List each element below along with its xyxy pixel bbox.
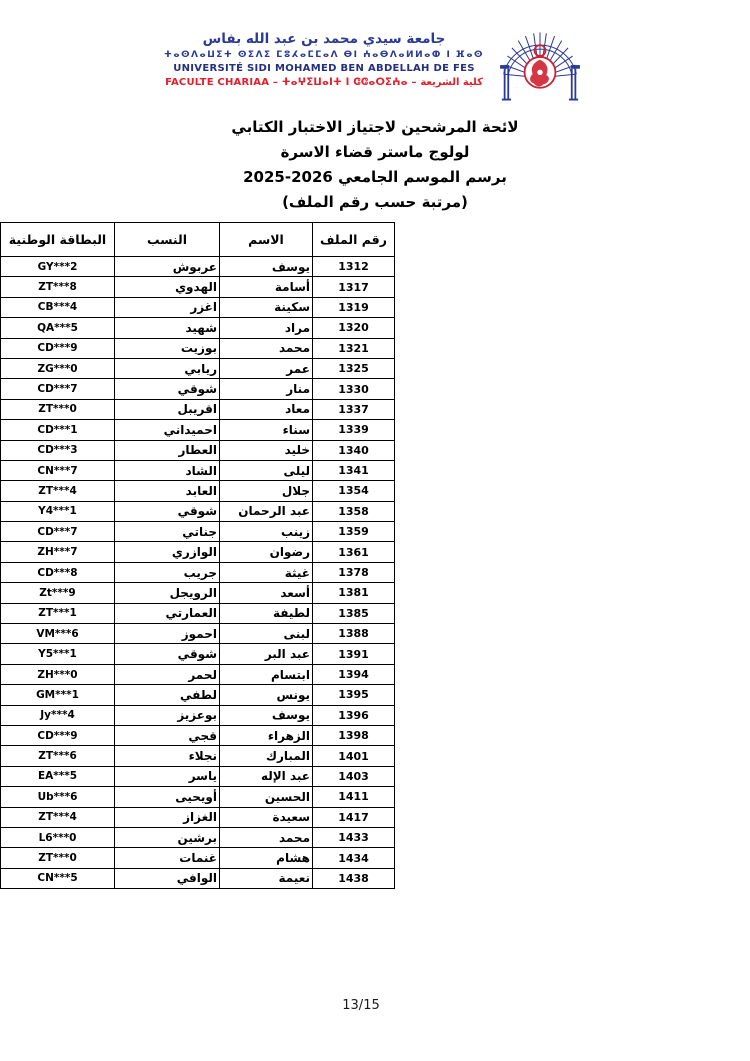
candidate-row: 1330 منار شوقي CD***7: [1, 379, 395, 399]
first-name-cell: سكينة: [220, 297, 313, 317]
last-name-cell: الوازري: [115, 542, 220, 562]
national-id-cell: ZT***4: [1, 807, 115, 827]
first-name-cell: هشام: [220, 848, 313, 868]
national-id-cell: ZT***0: [1, 848, 115, 868]
file-number-cell: 1433: [313, 827, 395, 847]
national-id-cell: ZT***1: [1, 603, 115, 623]
title-line-3: برسم الموسم الجامعي 2026-2025: [0, 165, 750, 190]
last-name-cell: اقريبل: [115, 399, 220, 419]
file-number-cell: 1317: [313, 277, 395, 297]
file-number-cell: 1359: [313, 522, 395, 542]
file-number-cell: 1341: [313, 460, 395, 480]
file-number-cell: 1320: [313, 318, 395, 338]
candidate-row: 1325 عمر ريابي ZG***0: [1, 358, 395, 378]
candidate-row: 1417 سعيدة الغزاز ZT***4: [1, 807, 395, 827]
first-name-cell: محمد: [220, 827, 313, 847]
file-number-cell: 1391: [313, 644, 395, 664]
last-name-cell: احميداني: [115, 420, 220, 440]
first-name-cell: نعيمة: [220, 868, 313, 888]
column-header-national-id: البطاقة الوطنية: [1, 223, 115, 257]
candidate-row: 1381 أسعد الرويجل Zt***9: [1, 583, 395, 603]
column-header-file-number: رقم الملف: [313, 223, 395, 257]
national-id-cell: CB***4: [1, 297, 115, 317]
file-number-cell: 1354: [313, 481, 395, 501]
candidate-row: 1395 يونس لطفي GM***1: [1, 685, 395, 705]
last-name-cell: غنمات: [115, 848, 220, 868]
last-name-cell: ريابي: [115, 358, 220, 378]
first-name-cell: جلال: [220, 481, 313, 501]
national-id-cell: Zt***9: [1, 583, 115, 603]
first-name-cell: رضوان: [220, 542, 313, 562]
first-name-cell: معاد: [220, 399, 313, 419]
last-name-cell: عربوش: [115, 257, 220, 277]
last-name-cell: العطار: [115, 440, 220, 460]
last-name-cell: ياسر: [115, 766, 220, 786]
candidate-row: 1354 جلال العابد ZT***4: [1, 481, 395, 501]
file-number-cell: 1403: [313, 766, 395, 786]
last-name-cell: لحمر: [115, 664, 220, 684]
file-number-cell: 1417: [313, 807, 395, 827]
last-name-cell: احموز: [115, 624, 220, 644]
last-name-cell: شهيد: [115, 318, 220, 338]
last-name-cell: العمارتي: [115, 603, 220, 623]
table-header-row: رقم الملف الاسم النسب البطاقة الوطنية: [1, 223, 395, 257]
column-header-first-name: الاسم: [220, 223, 313, 257]
first-name-cell: خليد: [220, 440, 313, 460]
candidate-row: 1319 سكينة اغزر CB***4: [1, 297, 395, 317]
candidate-row: 1320 مراد شهيد QA***5: [1, 318, 395, 338]
last-name-cell: لطفي: [115, 685, 220, 705]
national-id-cell: QA***5: [1, 318, 115, 338]
file-number-cell: 1340: [313, 440, 395, 460]
candidate-row: 1403 عبد الإله ياسر EA***5: [1, 766, 395, 786]
national-id-cell: GM***1: [1, 685, 115, 705]
candidate-row: 1398 الزهراء قجي CD***9: [1, 725, 395, 745]
last-name-cell: شوقي: [115, 644, 220, 664]
file-number-cell: 1361: [313, 542, 395, 562]
first-name-cell: أسعد: [220, 583, 313, 603]
candidate-row: 1337 معاد اقريبل ZT***0: [1, 399, 395, 419]
national-id-cell: CD***9: [1, 338, 115, 358]
letterhead-text: جامعة سيدي محمد بن عبد الله بفاس ⵜⴰⵙⴷⴰⵡⵉ…: [164, 27, 484, 90]
first-name-cell: سناء: [220, 420, 313, 440]
university-name-tifinagh: ⵜⴰⵙⴷⴰⵡⵉⵜ ⵙⵉⴷⵉ ⵎⵓⵃⴰⵎⵎⴰⴷ ⴱⵏ ⵄⴰⴱⴷⴰⵍⵍⴰⵀ ⵏ ⴼⴰ…: [164, 49, 484, 62]
first-name-cell: ليلى: [220, 460, 313, 480]
candidate-row: 1434 هشام غنمات ZT***0: [1, 848, 395, 868]
first-name-cell: محمد: [220, 338, 313, 358]
first-name-cell: عبد الرحمان: [220, 501, 313, 521]
last-name-cell: جناتي: [115, 522, 220, 542]
candidate-row: 1433 محمد برشين L6***0: [1, 827, 395, 847]
national-id-cell: CD***7: [1, 379, 115, 399]
document-page: جامعة سيدي محمد بن عبد الله بفاس ⵜⴰⵙⴷⴰⵡⵉ…: [0, 0, 750, 1061]
national-id-cell: ZG***0: [1, 358, 115, 378]
national-id-cell: GY***2: [1, 257, 115, 277]
first-name-cell: عبد البر: [220, 644, 313, 664]
candidate-row: 1358 عبد الرحمان شوقي Y4***1: [1, 501, 395, 521]
first-name-cell: الزهراء: [220, 725, 313, 745]
national-id-cell: ZH***7: [1, 542, 115, 562]
national-id-cell: CD***7: [1, 522, 115, 542]
national-id-cell: Jy***4: [1, 705, 115, 725]
national-id-cell: CD***1: [1, 420, 115, 440]
national-id-cell: ZT***0: [1, 399, 115, 419]
national-id-cell: ZT***4: [1, 481, 115, 501]
national-id-cell: VM***6: [1, 624, 115, 644]
candidate-row: 1312 يوسف عربوش GY***2: [1, 257, 395, 277]
title-line-4: (مرتبة حسب رقم الملف): [0, 190, 750, 215]
national-id-cell: CN***7: [1, 460, 115, 480]
first-name-cell: لطيفة: [220, 603, 313, 623]
file-number-cell: 1319: [313, 297, 395, 317]
last-name-cell: بوعزيز: [115, 705, 220, 725]
faculty-name-line: FACULTE CHARIAA – ⵜⴰⵖⵉⵡⴰⵏⵜ ⵏ ⵛⵛⴰⵔⵉⵄⴰ – ك…: [164, 75, 484, 90]
national-id-cell: ZT***8: [1, 277, 115, 297]
file-number-cell: 1381: [313, 583, 395, 603]
first-name-cell: المبارك: [220, 746, 313, 766]
last-name-cell: أويحيى: [115, 787, 220, 807]
file-number-cell: 1330: [313, 379, 395, 399]
last-name-cell: شوقي: [115, 379, 220, 399]
national-id-cell: Y5***1: [1, 644, 115, 664]
last-name-cell: الهدوي: [115, 277, 220, 297]
national-id-cell: Ub***6: [1, 787, 115, 807]
document-title-block: لائحة المرشحين لاجتياز الاختبار الكتابي …: [0, 115, 750, 215]
first-name-cell: ابتسام: [220, 664, 313, 684]
last-name-cell: شوقي: [115, 501, 220, 521]
national-id-cell: CD***8: [1, 562, 115, 582]
candidate-row: 1396 يوسف بوعزيز Jy***4: [1, 705, 395, 725]
last-name-cell: بوزيت: [115, 338, 220, 358]
file-number-cell: 1325: [313, 358, 395, 378]
candidate-row: 1321 محمد بوزيت CD***9: [1, 338, 395, 358]
file-number-cell: 1398: [313, 725, 395, 745]
first-name-cell: يوسف: [220, 257, 313, 277]
last-name-cell: العابد: [115, 481, 220, 501]
national-id-cell: Y4***1: [1, 501, 115, 521]
file-number-cell: 1411: [313, 787, 395, 807]
last-name-cell: جريب: [115, 562, 220, 582]
national-id-cell: EA***5: [1, 766, 115, 786]
candidate-row: 1388 لبنى احموز VM***6: [1, 624, 395, 644]
file-number-cell: 1358: [313, 501, 395, 521]
candidate-row: 1391 عبد البر شوقي Y5***1: [1, 644, 395, 664]
first-name-cell: يونس: [220, 685, 313, 705]
file-number-cell: 1434: [313, 848, 395, 868]
university-logo-icon: [494, 27, 586, 105]
first-name-cell: أسامة: [220, 277, 313, 297]
candidate-row: 1341 ليلى الشاد CN***7: [1, 460, 395, 480]
letterhead: جامعة سيدي محمد بن عبد الله بفاس ⵜⴰⵙⴷⴰⵡⵉ…: [0, 0, 750, 105]
candidate-row: 1385 لطيفة العمارتي ZT***1: [1, 603, 395, 623]
file-number-cell: 1438: [313, 868, 395, 888]
national-id-cell: CN***5: [1, 868, 115, 888]
first-name-cell: يوسف: [220, 705, 313, 725]
last-name-cell: برشين: [115, 827, 220, 847]
page-number: 13/15: [0, 998, 722, 1013]
file-number-cell: 1385: [313, 603, 395, 623]
candidate-row: 1438 نعيمة الوافي CN***5: [1, 868, 395, 888]
national-id-cell: ZH***0: [1, 664, 115, 684]
file-number-cell: 1395: [313, 685, 395, 705]
candidate-row: 1359 زينب جناتي CD***7: [1, 522, 395, 542]
first-name-cell: منار: [220, 379, 313, 399]
first-name-cell: مراد: [220, 318, 313, 338]
file-number-cell: 1394: [313, 664, 395, 684]
first-name-cell: سعيدة: [220, 807, 313, 827]
first-name-cell: عمر: [220, 358, 313, 378]
candidate-row: 1317 أسامة الهدوي ZT***8: [1, 277, 395, 297]
file-number-cell: 1321: [313, 338, 395, 358]
first-name-cell: الحسين: [220, 787, 313, 807]
candidate-row: 1401 المبارك نجلاء ZT***6: [1, 746, 395, 766]
title-line-1: لائحة المرشحين لاجتياز الاختبار الكتابي: [0, 115, 750, 140]
file-number-cell: 1388: [313, 624, 395, 644]
candidate-row: 1361 رضوان الوازري ZH***7: [1, 542, 395, 562]
file-number-cell: 1337: [313, 399, 395, 419]
last-name-cell: الغزاز: [115, 807, 220, 827]
file-number-cell: 1401: [313, 746, 395, 766]
candidates-table: رقم الملف الاسم النسب البطاقة الوطنية 13…: [0, 222, 395, 889]
last-name-cell: الرويجل: [115, 583, 220, 603]
first-name-cell: زينب: [220, 522, 313, 542]
last-name-cell: الوافي: [115, 868, 220, 888]
file-number-cell: 1396: [313, 705, 395, 725]
column-header-last-name: النسب: [115, 223, 220, 257]
national-id-cell: CD***3: [1, 440, 115, 460]
national-id-cell: CD***9: [1, 725, 115, 745]
candidate-row: 1339 سناء احميداني CD***1: [1, 420, 395, 440]
file-number-cell: 1312: [313, 257, 395, 277]
university-name-french: UNIVERSITÉ SIDI MOHAMED BEN ABDELLAH DE …: [164, 62, 484, 75]
last-name-cell: نجلاء: [115, 746, 220, 766]
file-number-cell: 1378: [313, 562, 395, 582]
last-name-cell: قجي: [115, 725, 220, 745]
candidate-row: 1394 ابتسام لحمر ZH***0: [1, 664, 395, 684]
file-number-cell: 1339: [313, 420, 395, 440]
first-name-cell: عبد الإله: [220, 766, 313, 786]
last-name-cell: الشاد: [115, 460, 220, 480]
national-id-cell: ZT***6: [1, 746, 115, 766]
first-name-cell: لبنى: [220, 624, 313, 644]
first-name-cell: غيثة: [220, 562, 313, 582]
candidate-row: 1340 خليد العطار CD***3: [1, 440, 395, 460]
national-id-cell: L6***0: [1, 827, 115, 847]
title-line-2: لولوج ماستر قضاء الاسرة: [0, 140, 750, 165]
candidate-row: 1378 غيثة جريب CD***8: [1, 562, 395, 582]
candidates-tbody: 1312 يوسف عربوش GY***2 1317 أسامة الهدوي…: [1, 257, 395, 889]
candidate-row: 1411 الحسين أويحيى Ub***6: [1, 787, 395, 807]
last-name-cell: اغزر: [115, 297, 220, 317]
university-name-arabic: جامعة سيدي محمد بن عبد الله بفاس: [164, 30, 484, 49]
